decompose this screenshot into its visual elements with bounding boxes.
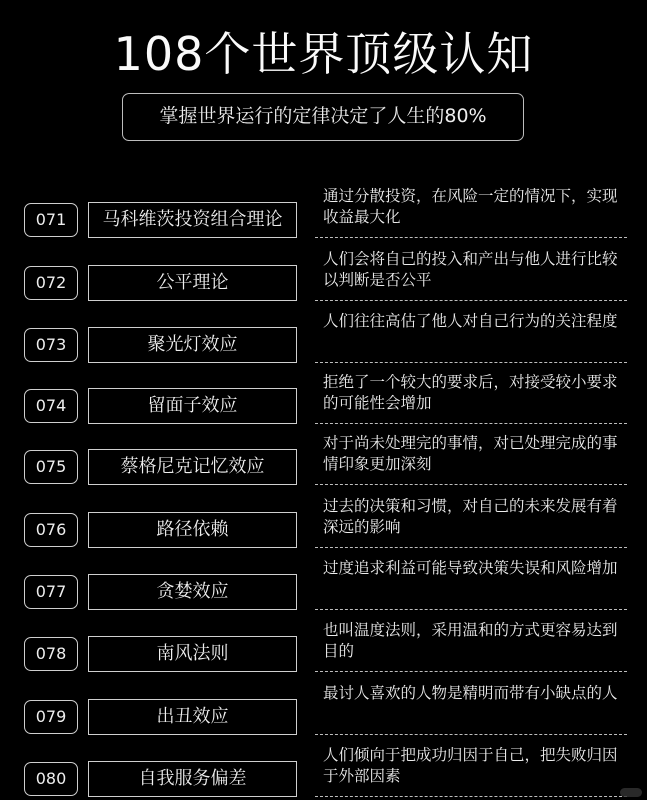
item-name-box: 聚光灯效应	[88, 327, 297, 363]
item-description: 人们倾向于把成功归因于自己，把失败归因于外部因素	[323, 745, 628, 787]
dashed-divider	[315, 671, 627, 672]
list-item: 074留面子效应拒绝了一个较大的要求后，对接受较小要求的可能性会增加	[0, 371, 647, 433]
list-item: 072公平理论人们会将自己的投入和产出与他人进行比较以判断是否公平	[0, 248, 647, 310]
item-number-badge: 077	[24, 575, 78, 609]
list-item: 077贪婪效应过度追求利益可能导致决策失误和风险增加	[0, 557, 647, 619]
subtitle-box: 掌握世界运行的定律决定了人生的80%	[122, 93, 524, 141]
dashed-divider	[315, 484, 627, 485]
dashed-divider	[315, 423, 627, 424]
list-item: 079出丑效应最讨人喜欢的人物是精明而带有小缺点的人	[0, 682, 647, 744]
item-description: 最讨人喜欢的人物是精明而带有小缺点的人	[323, 683, 628, 704]
item-description: 过度追求利益可能导致决策失误和风险增加	[323, 558, 628, 579]
item-description: 也叫温度法则，采用温和的方式更容易达到目的	[323, 620, 628, 662]
item-name-box: 蔡格尼克记忆效应	[88, 449, 297, 485]
page-title: 108个世界顶级认知	[0, 26, 647, 82]
dashed-divider	[315, 547, 627, 548]
item-name-box: 自我服务偏差	[88, 761, 297, 797]
list-item: 080自我服务偏差人们倾向于把成功归因于自己，把失败归因于外部因素	[0, 744, 647, 800]
dashed-divider	[315, 609, 627, 610]
item-description: 拒绝了一个较大的要求后，对接受较小要求的可能性会增加	[323, 372, 628, 414]
item-description: 人们会将自己的投入和产出与他人进行比较以判断是否公平	[323, 249, 628, 291]
item-name-box: 公平理论	[88, 265, 297, 301]
list-item: 073聚光灯效应人们往往高估了他人对自己行为的关注程度	[0, 310, 647, 372]
dashed-divider	[315, 796, 627, 797]
item-number-badge: 073	[24, 328, 78, 362]
item-description: 通过分散投资，在风险一定的情况下，实现收益最大化	[323, 186, 628, 228]
item-description: 对于尚未处理完的事情，对已处理完成的事情印象更加深刻	[323, 433, 628, 475]
item-name-box: 马科维茨投资组合理论	[88, 202, 297, 238]
item-number-badge: 075	[24, 450, 78, 484]
item-number-badge: 072	[24, 266, 78, 300]
item-number-badge: 074	[24, 389, 78, 423]
item-description: 过去的决策和习惯，对自己的未来发展有着深远的影响	[323, 496, 628, 538]
list-item: 076路径依赖过去的决策和习惯，对自己的未来发展有着深远的影响	[0, 495, 647, 557]
dashed-divider	[315, 734, 627, 735]
dashed-divider	[315, 300, 627, 301]
item-description: 人们往往高估了他人对自己行为的关注程度	[323, 311, 628, 332]
item-name-box: 留面子效应	[88, 388, 297, 424]
item-name-box: 贪婪效应	[88, 574, 297, 610]
dashed-divider	[315, 362, 627, 363]
dashed-divider	[315, 237, 627, 238]
item-name-box: 路径依赖	[88, 512, 297, 548]
list-item: 078南风法则也叫温度法则，采用温和的方式更容易达到目的	[0, 619, 647, 681]
item-number-badge: 078	[24, 637, 78, 671]
item-number-badge: 076	[24, 513, 78, 547]
item-name-box: 出丑效应	[88, 699, 297, 735]
item-number-badge: 079	[24, 700, 78, 734]
item-name-box: 南风法则	[88, 636, 297, 672]
item-number-badge: 071	[24, 203, 78, 237]
item-number-badge: 080	[24, 762, 78, 796]
list-item: 071马科维茨投资组合理论通过分散投资，在风险一定的情况下，实现收益最大化	[0, 185, 647, 247]
list-item: 075蔡格尼克记忆效应对于尚未处理完的事情，对已处理完成的事情印象更加深刻	[0, 432, 647, 494]
watermark-badge	[620, 788, 642, 797]
